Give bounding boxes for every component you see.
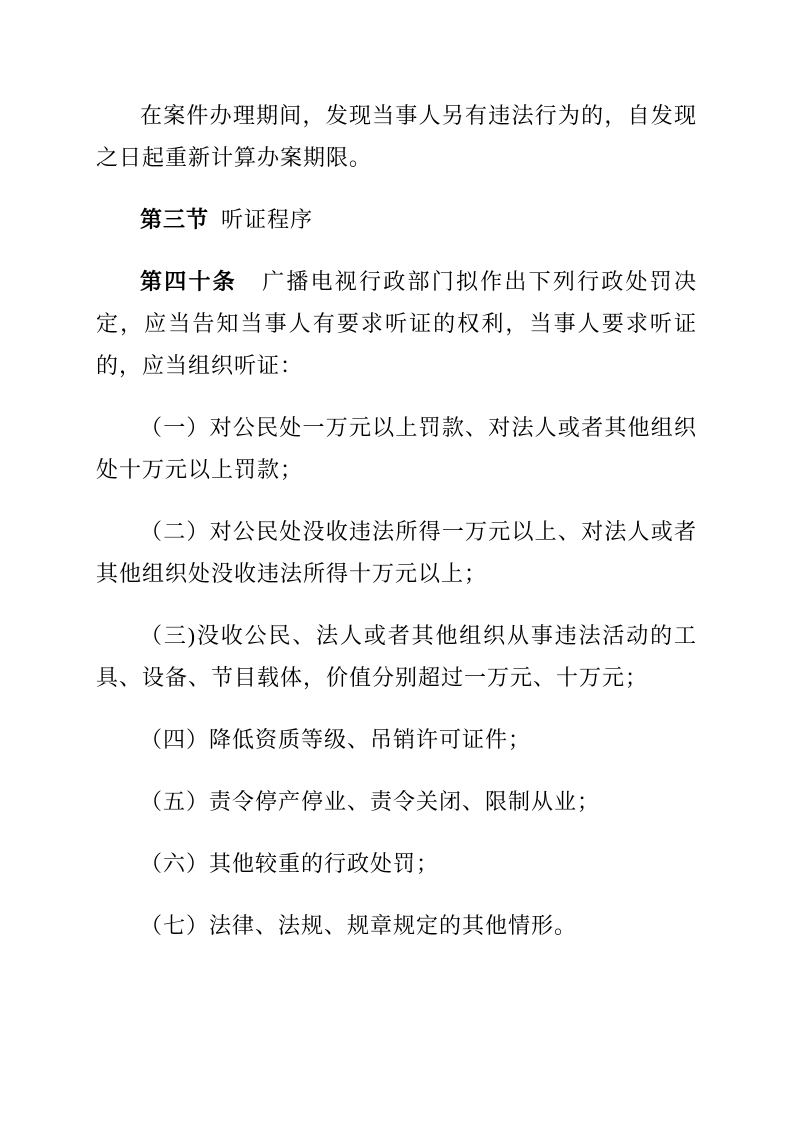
list-item-7: （七）法律、法规、规章规定的其他情形。 [96,905,697,947]
list-item-1: （一）对公民处一万元以上罚款、对法人或者其他组织处十万元以上罚款； [96,407,697,491]
article-number: 第四十条 [140,269,237,294]
list-item-6: （六）其他较重的行政处罚； [96,843,697,885]
list-item-4: （四）降低资质等级、吊销许可证件； [96,719,697,761]
document-page: 在案件办理期间，发现当事人另有违法行为的，自发现之日起重新计算办案期限。 第三节… [0,0,793,1122]
list-item-3: （三)没收公民、法人或者其他组织从事违法活动的工具、设备、节目载体，价值分别超过… [96,615,697,699]
list-item-2: （二）对公民处没收违法所得一万元以上、对法人或者其他组织处没收违法所得十万元以上… [96,511,697,595]
intro-paragraph: 在案件办理期间，发现当事人另有违法行为的，自发现之日起重新计算办案期限。 [96,95,697,179]
section-heading: 第三节听证程序 [96,199,697,241]
article-paragraph: 第四十条广播电视行政部门拟作出下列行政处罚决定，应当告知当事人有要求听证的权利，… [96,261,697,387]
section-heading-number: 第三节 [140,207,209,232]
section-heading-title: 听证程序 [221,207,313,232]
list-item-5: （五）责令停产停业、责令关闭、限制从业； [96,781,697,823]
